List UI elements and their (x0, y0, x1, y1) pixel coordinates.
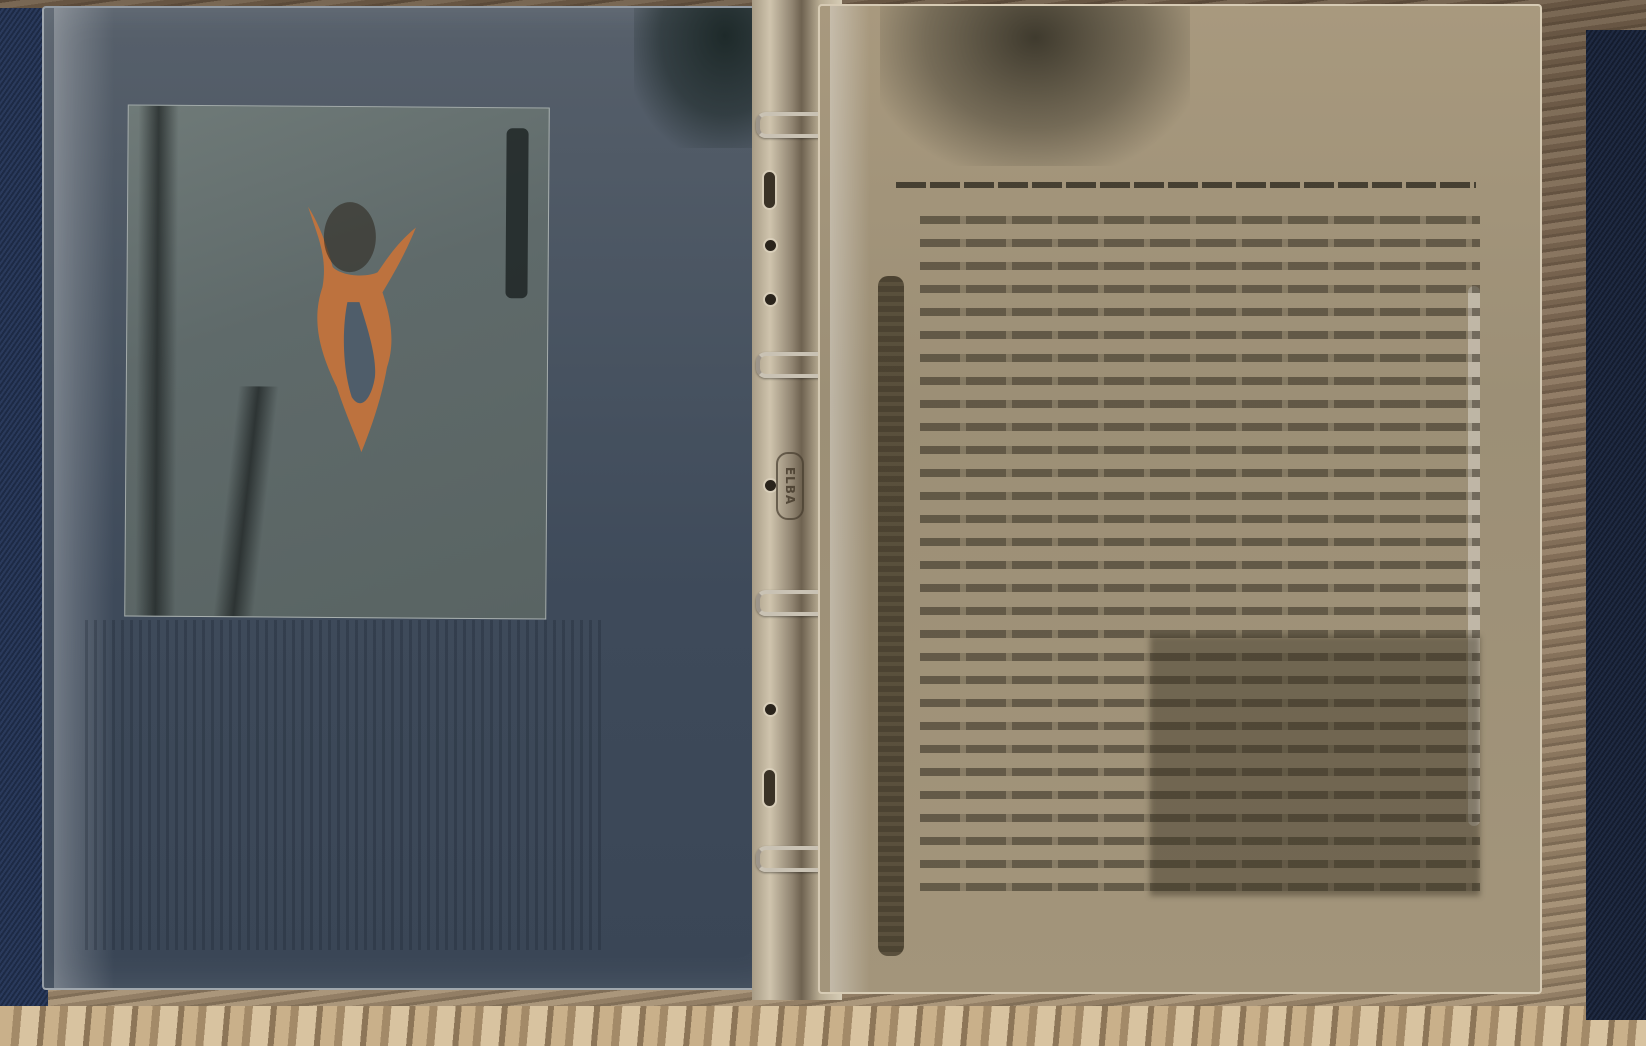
stone-crack (135, 106, 179, 616)
sleeve-sheen (830, 6, 870, 992)
punch-hole (765, 240, 776, 251)
brand-stamp-text: ELBA (783, 467, 797, 505)
document-dark-block (1150, 636, 1480, 896)
punch-slot (764, 770, 775, 806)
black-mark (505, 128, 528, 298)
water-stain (634, 8, 764, 148)
brand-stamp: ELBA (776, 452, 804, 520)
binder-cover-left (0, 8, 48, 1006)
binder-cover-right (1586, 30, 1646, 1020)
orange-figure-stain (286, 197, 418, 458)
punch-hole (765, 294, 776, 305)
right-plastic-sleeve (818, 4, 1542, 994)
wooden-table-edge (0, 1006, 1646, 1046)
punch-hole (765, 704, 776, 715)
faded-underlying-text (85, 620, 605, 950)
stone-photograph (124, 105, 550, 620)
document-heading-rule (896, 182, 1476, 188)
water-stain (880, 6, 1190, 166)
punch-slot (764, 172, 775, 208)
margin-stain (878, 276, 904, 956)
stone-crack (213, 386, 279, 616)
punch-hole (765, 480, 776, 491)
